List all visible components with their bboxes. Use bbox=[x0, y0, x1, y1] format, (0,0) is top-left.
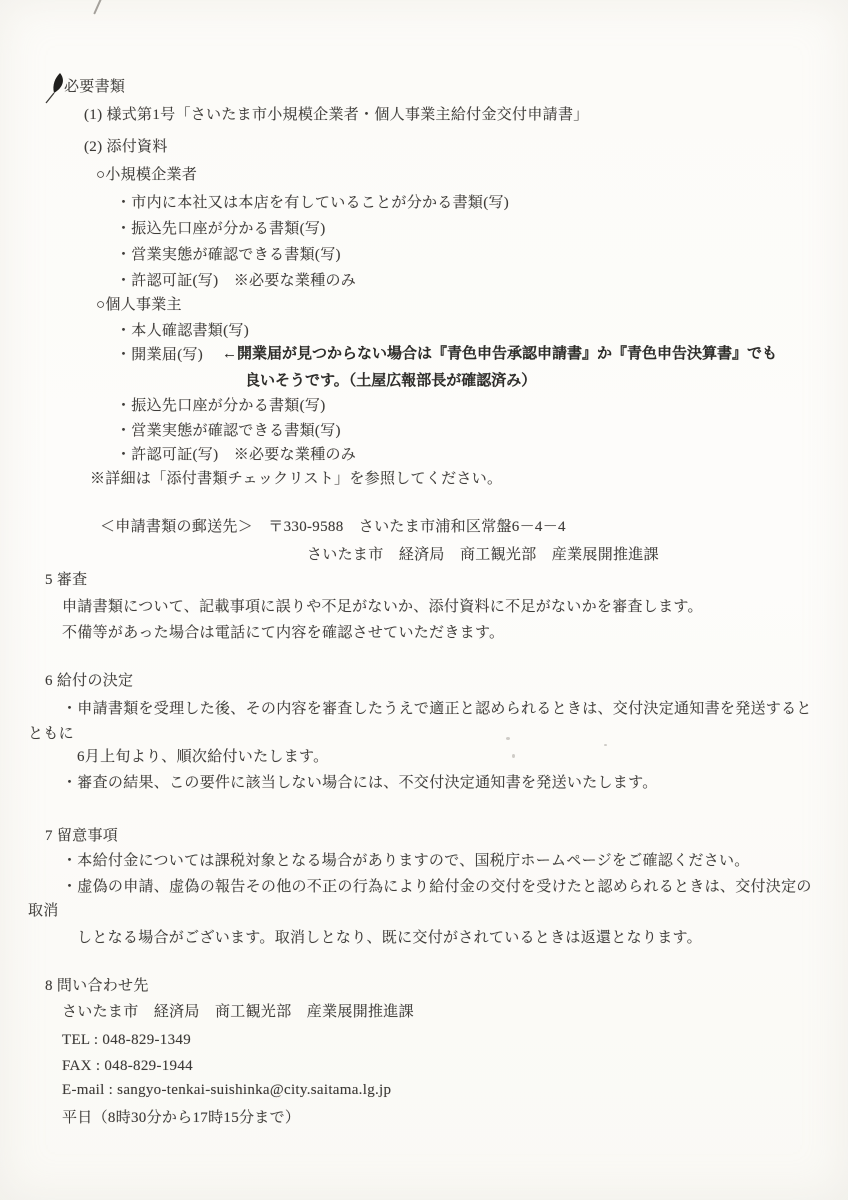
scan-speck bbox=[604, 744, 607, 746]
section-6-body-line: 6月上旬より、順次給付いたします。 bbox=[77, 747, 328, 767]
small-business-heading: ○小規模企業者 bbox=[96, 165, 197, 185]
section-8-heading: 8 問い合わせ先 bbox=[45, 976, 149, 996]
contact-fax: FAX : 048-829-1944 bbox=[62, 1056, 193, 1076]
small-business-item: ・営業実態が確認できる書類(写) bbox=[116, 245, 341, 265]
checklist-note: ※詳細は「添付書類チェックリスト」を参照してください。 bbox=[90, 469, 502, 489]
mailing-address-line1: ＜申請書類の郵送先＞ 〒330-9588 さいたま市浦和区常盤6－4－4 bbox=[100, 517, 566, 537]
section-7-heading: 7 留意事項 bbox=[45, 826, 118, 846]
sole-proprietor-item: ・開業届(写) bbox=[116, 345, 203, 365]
section-7-body-line: ・本給付金については課税対象となる場合がありますので、国税庁ホームページをご確認… bbox=[62, 851, 750, 871]
sole-proprietor-item: ・本人確認書類(写) bbox=[116, 321, 249, 341]
small-business-item: ・振込先口座が分かる書類(写) bbox=[116, 219, 326, 239]
section-7-body-line: ・虚偽の申請、虚偽の報告その他の不正の行為により給付金の交付を受けたと認められる… bbox=[62, 877, 812, 897]
mailing-address-line2: さいたま市 経済局 商工観光部 産業展開推進課 bbox=[307, 545, 659, 565]
scan-speck bbox=[506, 737, 510, 740]
sole-proprietor-heading: ○個人事業主 bbox=[96, 295, 182, 315]
contact-hours: 平日（8時30分から17時15分まで） bbox=[62, 1108, 300, 1128]
section-6-body-line: ともに bbox=[28, 724, 74, 744]
scan-speck bbox=[512, 754, 515, 758]
contact-tel: TEL : 048-829-1349 bbox=[62, 1030, 191, 1050]
section-7-body-line: しとなる場合がございます。取消しとなり、既に交付がされているときは返還となります… bbox=[77, 928, 702, 948]
scanned-document-page: 必要書類 (1) 様式第1号「さいたま市小規模企業者・個人事業主給付金交付申請書… bbox=[0, 0, 848, 1200]
scan-scratch-artifact bbox=[93, 0, 103, 15]
section-6-body-line: ・審査の結果、この要件に該当しない場合には、不交付決定通知書を発送いたします。 bbox=[62, 773, 658, 793]
section-6-heading: 6 給付の決定 bbox=[45, 671, 133, 691]
section-5-body-line: 不備等があった場合は電話にて内容を確認させていただきます。 bbox=[62, 623, 504, 643]
sole-proprietor-item: ・許認可証(写) ※必要な業種のみ bbox=[116, 445, 356, 465]
required-docs-attachments: (2) 添付資料 bbox=[84, 137, 168, 157]
section-5-body-line: 申請書類について、記載事項に誤りや不足がないか、添付資料に不足がないかを審査しま… bbox=[62, 597, 703, 617]
section-6-body-line: ・申請書類を受理した後、その内容を審査したうえで適正と認められるときは、交付決定… bbox=[62, 699, 812, 719]
required-docs-form-line: (1) 様式第1号「さいたま市小規模企業者・個人事業主給付金交付申請書」 bbox=[84, 105, 589, 125]
kaigyo-handwritten-note-line1: ←開業届が見つからない場合は『青色申告承認申請書』か『青色申告決算書』でも bbox=[222, 344, 777, 364]
section-7-body-line: 取消 bbox=[28, 901, 59, 921]
required-docs-heading: 必要書類 bbox=[64, 77, 125, 97]
contact-email: E-mail : sangyo-tenkai-suishinka@city.sa… bbox=[62, 1080, 391, 1100]
kaigyo-handwritten-note-line2: 良いそうです。（土屋広報部長が確認済み） bbox=[245, 371, 536, 391]
section-5-heading: 5 審査 bbox=[45, 570, 87, 590]
contact-department: さいたま市 経済局 商工観光部 産業展開推進課 bbox=[62, 1002, 414, 1022]
sole-proprietor-item: ・営業実態が確認できる書類(写) bbox=[116, 421, 341, 441]
small-business-item: ・市内に本社又は本店を有していることが分かる書類(写) bbox=[116, 193, 509, 213]
sole-proprietor-item: ・振込先口座が分かる書類(写) bbox=[116, 396, 326, 416]
small-business-item: ・許認可証(写) ※必要な業種のみ bbox=[116, 271, 356, 291]
